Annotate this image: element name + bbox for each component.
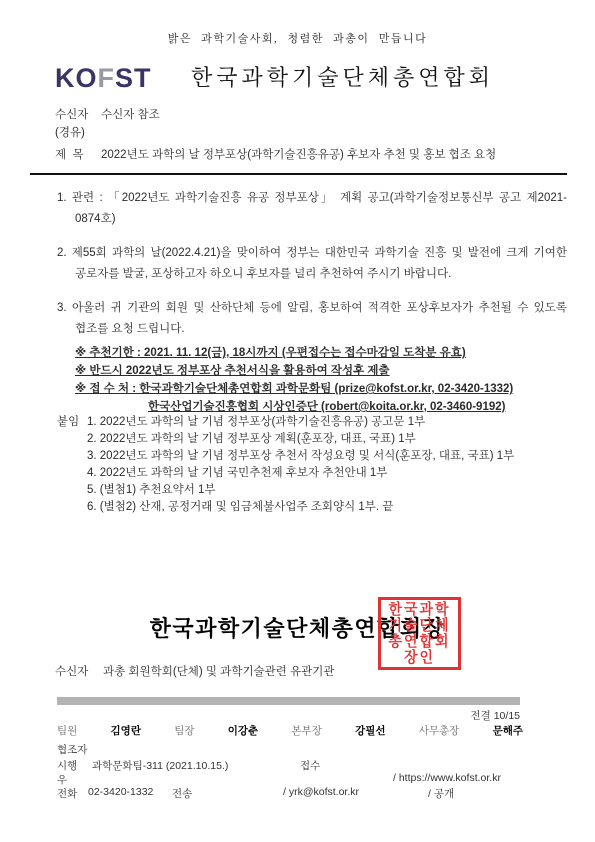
logo-letters-left: KO (55, 63, 98, 93)
recipient-row: 수신자 수신자 참조 (55, 106, 565, 124)
approval-line: 팀원 김영란 팀장 이강춘 본부장 강필선 사무총장 문해주 (57, 723, 523, 738)
jeonkyeol-page: 전결 10/15 (471, 708, 520, 723)
header-divider (30, 173, 567, 175)
approver-title: 본부장 (291, 723, 321, 738)
recipient-label: 수신자 (55, 106, 101, 124)
approver-name: 이강춘 (228, 723, 258, 738)
note-deadline: ※ 추천기한 : 2021. 11. 12(금), 18시까지 (우편접수는 접… (75, 344, 567, 362)
subject-value: 2022년도 과학의 날 정부포상(과학기술진흥유공) 후보자 추천 및 홍보 … (101, 144, 565, 166)
logo-letter-f: F (98, 63, 116, 93)
attachment-item: 2. 2022년도 과학의 날 기념 정부포상 계획(훈포장, 대표, 국표) … (87, 431, 567, 448)
org-slogan: 밝은 과학기술사회, 청렴한 과총이 만듭니다 (0, 30, 595, 46)
sihaeng-value: 과학문화팀-311 (2021.10.15.) (92, 758, 228, 773)
website-value: / https://www.kofst.or.kr (393, 772, 501, 784)
disclosure-label: / 공개 (428, 786, 454, 801)
kofst-logo: KOFST (55, 63, 152, 94)
bottom-receiver-value: 과총 회원학회(단체) 및 과학기술관련 유관기관 (103, 663, 335, 679)
note-form: ※ 반드시 2022년도 정부포상 추천서식을 활용하여 작성후 제출 (75, 362, 567, 380)
official-seal-stamp: 한국과학 기술단체 총연합회 장인 (378, 597, 461, 670)
signature-title: 한국과학기술단체총연합회장 (0, 612, 595, 643)
via-label: (경유) (55, 124, 101, 142)
sihaeng-label: 시행 (57, 758, 77, 773)
attachment-item: 3. 2022년도 과학의 날 기념 정부포상 추천서 작성요령 및 서식(훈포… (87, 448, 567, 465)
bottom-receiver-row: 수신자 과총 회원학회(단체) 및 과학기술관련 유관기관 (55, 663, 567, 679)
logo-letters-right: ST (115, 63, 152, 93)
postal-label: 우 (57, 772, 67, 787)
fax-label: 전송 (172, 786, 192, 801)
recipient-value: 수신자 참조 (101, 106, 565, 124)
body-item-3: 3. 아울러 귀 기관의 회원 및 산하단체 등에 알림, 홍보하여 적격한 포… (57, 298, 567, 340)
subject-row: 제 목 2022년도 과학의 날 정부포상(과학기술진흥유공) 후보자 추천 및… (55, 144, 565, 166)
attachment-item: 1. 2022년도 과학의 날 기념 정부포상(과학기술진흥유공) 공고문 1부 (87, 414, 567, 431)
stamp-text-row: 기술단체 (382, 618, 457, 634)
approver-name: 문해주 (493, 723, 523, 738)
tel-value: 02-3420-1332 (88, 786, 153, 798)
official-document-page: 밝은 과학기술사회, 청렴한 과총이 만듭니다 KOFST 한국과학기술단체총연… (0, 0, 595, 842)
cooperator-label: 협조자 (57, 742, 87, 757)
attachments-label: 붙임 (57, 414, 87, 516)
footer-divider-bar (57, 697, 520, 705)
stamp-text-row: 총연합회 (382, 634, 457, 650)
approver-title: 사무총장 (419, 723, 460, 738)
attachments-list: 1. 2022년도 과학의 날 기념 정부포상(과학기술진흥유공) 공고문 1부… (87, 414, 567, 516)
approver-title: 팀원 (57, 723, 77, 738)
body-item-2: 2. 제55회 과학의 날(2022.4.21)을 맞이하여 정부는 대한민국 … (57, 243, 567, 285)
approver-name: 강필선 (355, 723, 385, 738)
document-meta: 수신자 수신자 참조 (경유) 제 목 2022년도 과학의 날 정부포상(과학… (55, 106, 565, 166)
note-submit-to: ※ 접 수 처 : 한국과학기술단체총연합회 과학문화팀 (prize@kofs… (75, 380, 567, 398)
document-footer: 전결 10/15 팀원 김영란 팀장 이강춘 본부장 강필선 사무총장 문해주 … (0, 695, 595, 815)
attachments-block: 붙임 1. 2022년도 과학의 날 기념 정부포상(과학기술진흥유공) 공고문… (57, 414, 567, 516)
email-value: / yrk@kofst.or.kr (283, 786, 359, 798)
bottom-receiver-label: 수신자 (55, 663, 103, 679)
document-body: 1. 관련 : 「2022년도 과학기술진흥 유공 정부포상」 계획 공고(과학… (57, 188, 567, 416)
via-row: (경유) (55, 124, 565, 142)
attachment-item: 4. 2022년도 과학의 날 기념 국민추천제 후보자 추천안내 1부 (87, 465, 567, 482)
body-item-1: 1. 관련 : 「2022년도 과학기술진흥 유공 정부포상」 계획 공고(과학… (57, 188, 567, 230)
attachment-item: 6. (별첨2) 산재, 공정거래 및 임금체불사업주 조회양식 1부. 끝 (87, 499, 567, 516)
jeopsu-label: 접수 (300, 758, 320, 773)
subject-label: 제 목 (55, 146, 101, 164)
approver-title: 팀장 (174, 723, 194, 738)
org-title: 한국과학기술단체총연합회 (150, 61, 535, 92)
stamp-text-row: 한국과학 (382, 602, 457, 618)
approver-name: 김영란 (111, 723, 141, 738)
tel-label: 전화 (57, 786, 77, 801)
attachment-item: 5. (별첨1) 추천요약서 1부 (87, 482, 567, 499)
